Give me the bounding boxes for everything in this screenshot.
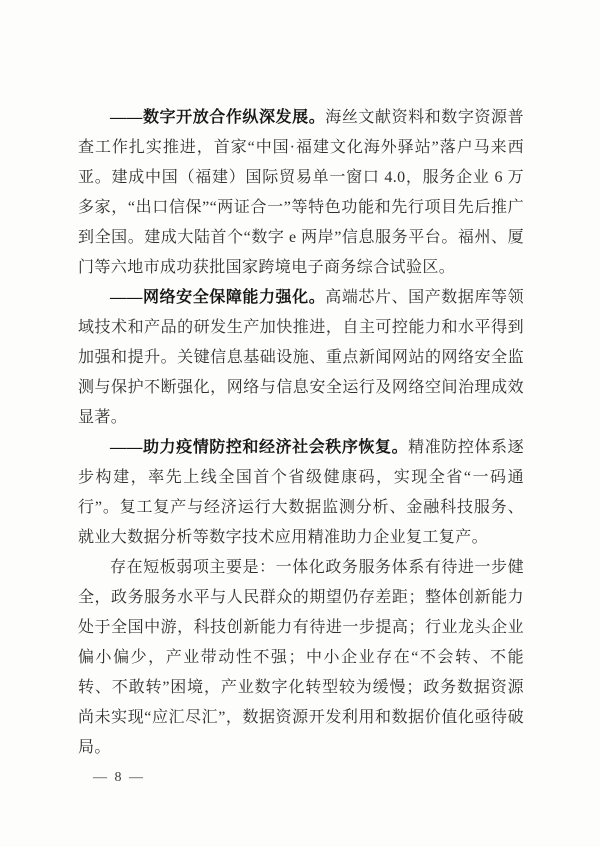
paragraph-text: 高端芯片、国产数据库等领域技术和产品的研发生产加快推进，自主可控能力和水平得到加… xyxy=(78,289,524,426)
paragraph-digital-opening: ——数字开放合作纵深发展。海丝文献资料和数字资源普查工作扎实推进，首家“中国·福… xyxy=(78,103,524,283)
paragraph-lead: ——助力疫情防控和经济社会秩序恢复。 xyxy=(110,439,408,456)
paragraph-network-security: ——网络安全保障能力强化。高端芯片、国产数据库等领域技术和产品的研发生产加快推进… xyxy=(78,283,524,433)
paragraph-shortcomings: 存在短板弱项主要是：一体化政务服务体系有待进一步健全，政务服务水平与人民群众的期… xyxy=(78,553,524,763)
paragraph-lead: ——数字开放合作纵深发展。 xyxy=(110,109,325,126)
paragraph-lead: ——网络安全保障能力强化。 xyxy=(110,289,325,306)
document-page: ——数字开放合作纵深发展。海丝文献资料和数字资源普查工作扎实推进，首家“中国·福… xyxy=(0,0,600,847)
paragraph-epidemic-recovery: ——助力疫情防控和经济社会秩序恢复。精准防控体系逐步构建，率先上线全国首个省级健… xyxy=(78,433,524,553)
page-number: — 8 — xyxy=(93,770,145,786)
paragraph-text: 存在短板弱项主要是：一体化政务服务体系有待进一步健全，政务服务水平与人民群众的期… xyxy=(78,559,524,756)
paragraph-text: 海丝文献资料和数字资源普查工作扎实推进，首家“中国·福建文化海外驿站”落户马来西… xyxy=(78,109,524,276)
document-body: ——数字开放合作纵深发展。海丝文献资料和数字资源普查工作扎实推进，首家“中国·福… xyxy=(78,103,524,763)
